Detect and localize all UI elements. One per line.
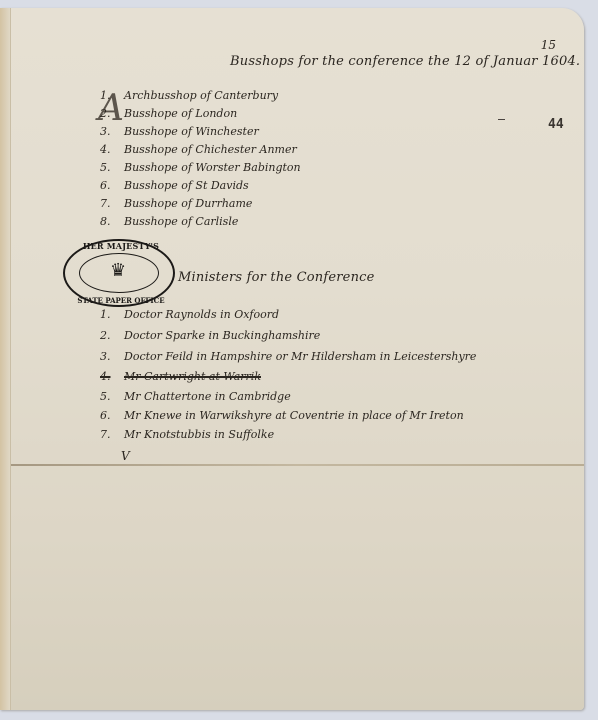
list-item: 5.Busshope of Worster Babington (100, 161, 301, 174)
list-item: 7.Busshope of Durrhame (100, 197, 252, 210)
crown-icon: ♛ (110, 262, 126, 280)
reference-dash (498, 119, 505, 120)
list-item-struck: 4.Mr Cartwright at Warrik (100, 370, 261, 383)
reference-number: 44 (548, 117, 564, 132)
list-item: 1.Doctor Raynolds in Oxfoord (100, 308, 279, 321)
list-item: 4.Busshope of Chichester Anmer (100, 143, 297, 156)
ministers-heading: Ministers for the Conference (178, 270, 375, 285)
list-item: 2.Doctor Sparke in Buckinghamshire (100, 329, 320, 342)
folio-number: 15 (541, 38, 556, 52)
list-item: 3.Doctor Feild in Hampshire or Mr Hilder… (100, 350, 476, 363)
list-item: 1.Archbusshop of Canterbury (100, 89, 278, 102)
list-item: 5.Mr Chattertone in Cambridge (100, 390, 291, 403)
document-title: Busshops for the conference the 12 of Ja… (230, 54, 580, 69)
list-item: 2.Busshope of London (100, 107, 237, 120)
page-fold-crease (10, 464, 584, 466)
list-item: 3.Busshope of Winchester (100, 125, 259, 138)
manuscript-page: 15 44 Busshops for the conference the 12… (0, 8, 584, 710)
closing-mark: V (121, 449, 130, 463)
stamp-top-text: HER MAJESTY'S (75, 241, 167, 251)
state-paper-office-stamp: HER MAJESTY'S ♛ STATE PAPER OFFICE (63, 239, 175, 307)
list-item: 6.Busshope of St Davids (100, 179, 249, 192)
stamp-bottom-text: STATE PAPER OFFICE (75, 296, 167, 305)
list-item: 7.Mr Knotstubbis in Suffolke (100, 428, 274, 441)
list-item: 8.Busshope of Carlisle (100, 215, 238, 228)
list-item: 6.Mr Knewe in Warwikshyre at Coventrie i… (100, 409, 464, 422)
